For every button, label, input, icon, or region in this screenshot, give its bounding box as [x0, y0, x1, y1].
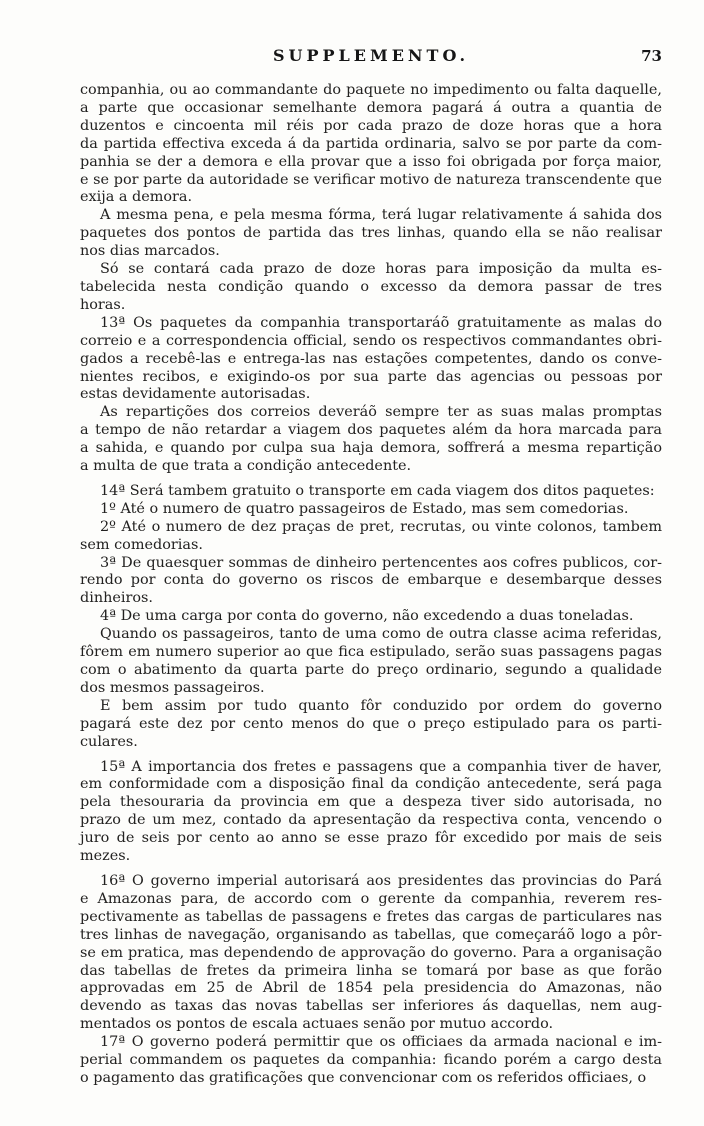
text-line: se em pratica, mas dependendo de approva… [80, 945, 662, 963]
text-line: culares. [80, 734, 662, 752]
paragraph: 4ª De uma carga por conta do governo, nã… [80, 608, 662, 626]
paragraph: E bem assim por tudo quanto fôr conduzid… [80, 698, 662, 752]
text-line: 1º Até o numero de quatro passageiros de… [80, 501, 662, 519]
text-line: gados a recebê-las e entrega-las nas est… [80, 351, 662, 369]
text-line: Quando os passageiros, tanto de uma como… [80, 626, 662, 644]
text-line: tabelecida nesta condição quando o exces… [80, 279, 662, 297]
text-line: com o abatimento da quarta parte do preç… [80, 662, 662, 680]
text-line: a multa de que trata a condição antecede… [80, 458, 662, 476]
paragraph: 1º Até o numero de quatro passageiros de… [80, 501, 662, 519]
text-line: Só se contará cada prazo de doze horas p… [80, 261, 662, 279]
text-line: 13ª Os paquetes da companhia transportar… [80, 315, 662, 333]
text-line: em conformidade com a disposição final d… [80, 776, 662, 794]
text-line: da partida effectiva exceda á da partida… [80, 136, 662, 154]
paragraph: A mesma pena, e pela mesma fórma, terá l… [80, 207, 662, 261]
paragraph: 17ª O governo poderá permittir que os of… [80, 1034, 662, 1088]
paragraph: Só se contará cada prazo de doze horas p… [80, 261, 662, 315]
text-line: dinheiros. [80, 590, 662, 608]
paragraph: 2º Até o numero de dez praças de pret, r… [80, 519, 662, 555]
text-line: o pagamento das gratificações que conven… [80, 1070, 662, 1088]
scanned-document-page: SUPPLEMENTO. 73 companhia, ou ao command… [0, 0, 704, 1126]
text-line: 16ª O governo imperial autorisará aos pr… [80, 873, 662, 891]
text-line: a tempo de não retardar a viagem dos paq… [80, 422, 662, 440]
text-line: 3ª De quaesquer sommas de dinheiro perte… [80, 555, 662, 573]
text-line: approvadas em 25 de Abril de 1854 pela p… [80, 980, 662, 998]
paragraph: 15ª A importancia dos fretes e passagens… [80, 759, 662, 866]
text-line: duzentos e cincoenta mil réis por cada p… [80, 118, 662, 136]
text-line: correio e a correspondencia official, se… [80, 333, 662, 351]
text-line: fôrem em numero superior ao que fica est… [80, 644, 662, 662]
text-line: sem comedorias. [80, 537, 662, 555]
text-line: mentados os pontos de escala actuaes sen… [80, 1016, 662, 1034]
text-line: e se por parte da autoridade se verifica… [80, 172, 662, 190]
text-line: paquetes dos pontos de partida das tres … [80, 225, 662, 243]
text-line: pela thesouraria da provincia em que a d… [80, 794, 662, 812]
text-line: perial commandem os paquetes da companhi… [80, 1052, 662, 1070]
text-line: tres linhas de navegação, organisando as… [80, 927, 662, 945]
paragraph: Quando os passageiros, tanto de uma como… [80, 626, 662, 698]
text-line: companhia, ou ao commandante do paquete … [80, 82, 662, 100]
text-line: pectivamente as tabellas de passagens e … [80, 909, 662, 927]
text-line: mezes. [80, 848, 662, 866]
text-line: 15ª A importancia dos fretes e passagens… [80, 759, 662, 777]
running-title: SUPPLEMENTO. [80, 46, 662, 65]
text-line: As repartições dos correios deveráõ semp… [80, 404, 662, 422]
text-line: dos mesmos passageiros. [80, 680, 662, 698]
text-line: panhia se der a demora e ella provar que… [80, 154, 662, 172]
paragraph: 3ª De quaesquer sommas de dinheiro perte… [80, 555, 662, 609]
text-block: companhia, ou ao commandante do paquete … [80, 82, 662, 1088]
text-line: exija a demora. [80, 189, 662, 207]
text-line: nientes recibos, e exigindo-os por sua p… [80, 369, 662, 387]
text-line: A mesma pena, e pela mesma fórma, terá l… [80, 207, 662, 225]
text-line: juro de seis por cento ao anno se esse p… [80, 830, 662, 848]
text-line: devendo as taxas das novas tabellas ser … [80, 998, 662, 1016]
text-line: 14ª Será tambem gratuito o transporte em… [80, 483, 662, 501]
text-line: a parte que occasionar semelhante demora… [80, 100, 662, 118]
text-line: a sahida, e quando por culpa sua haja de… [80, 440, 662, 458]
text-line: 4ª De uma carga por conta do governo, nã… [80, 608, 662, 626]
text-line: 17ª O governo poderá permittir que os of… [80, 1034, 662, 1052]
paragraph: 16ª O governo imperial autorisará aos pr… [80, 873, 662, 1034]
paragraph: 14ª Será tambem gratuito o transporte em… [80, 483, 662, 501]
text-line: das tabellas de fretes da primeira linha… [80, 963, 662, 981]
page-content: SUPPLEMENTO. 73 companhia, ou ao command… [80, 46, 662, 1088]
page-number: 73 [641, 47, 662, 65]
text-line: 2º Até o numero de dez praças de pret, r… [80, 519, 662, 537]
text-line: prazo de um mez, contado da apresentação… [80, 812, 662, 830]
paragraph: companhia, ou ao commandante do paquete … [80, 82, 662, 207]
text-line: nos dias marcados. [80, 243, 662, 261]
text-line: rendo por conta do governo os riscos de … [80, 572, 662, 590]
text-line: estas devidamente autorisadas. [80, 386, 662, 404]
text-line: E bem assim por tudo quanto fôr conduzid… [80, 698, 662, 716]
paragraph: As repartições dos correios deveráõ semp… [80, 404, 662, 476]
text-line: pagará este dez por cento menos do que o… [80, 716, 662, 734]
text-line: horas. [80, 297, 662, 315]
page-header: SUPPLEMENTO. 73 [80, 46, 662, 70]
text-line: e Amazonas para, de accordo com o gerent… [80, 891, 662, 909]
paragraph: 13ª Os paquetes da companhia transportar… [80, 315, 662, 405]
